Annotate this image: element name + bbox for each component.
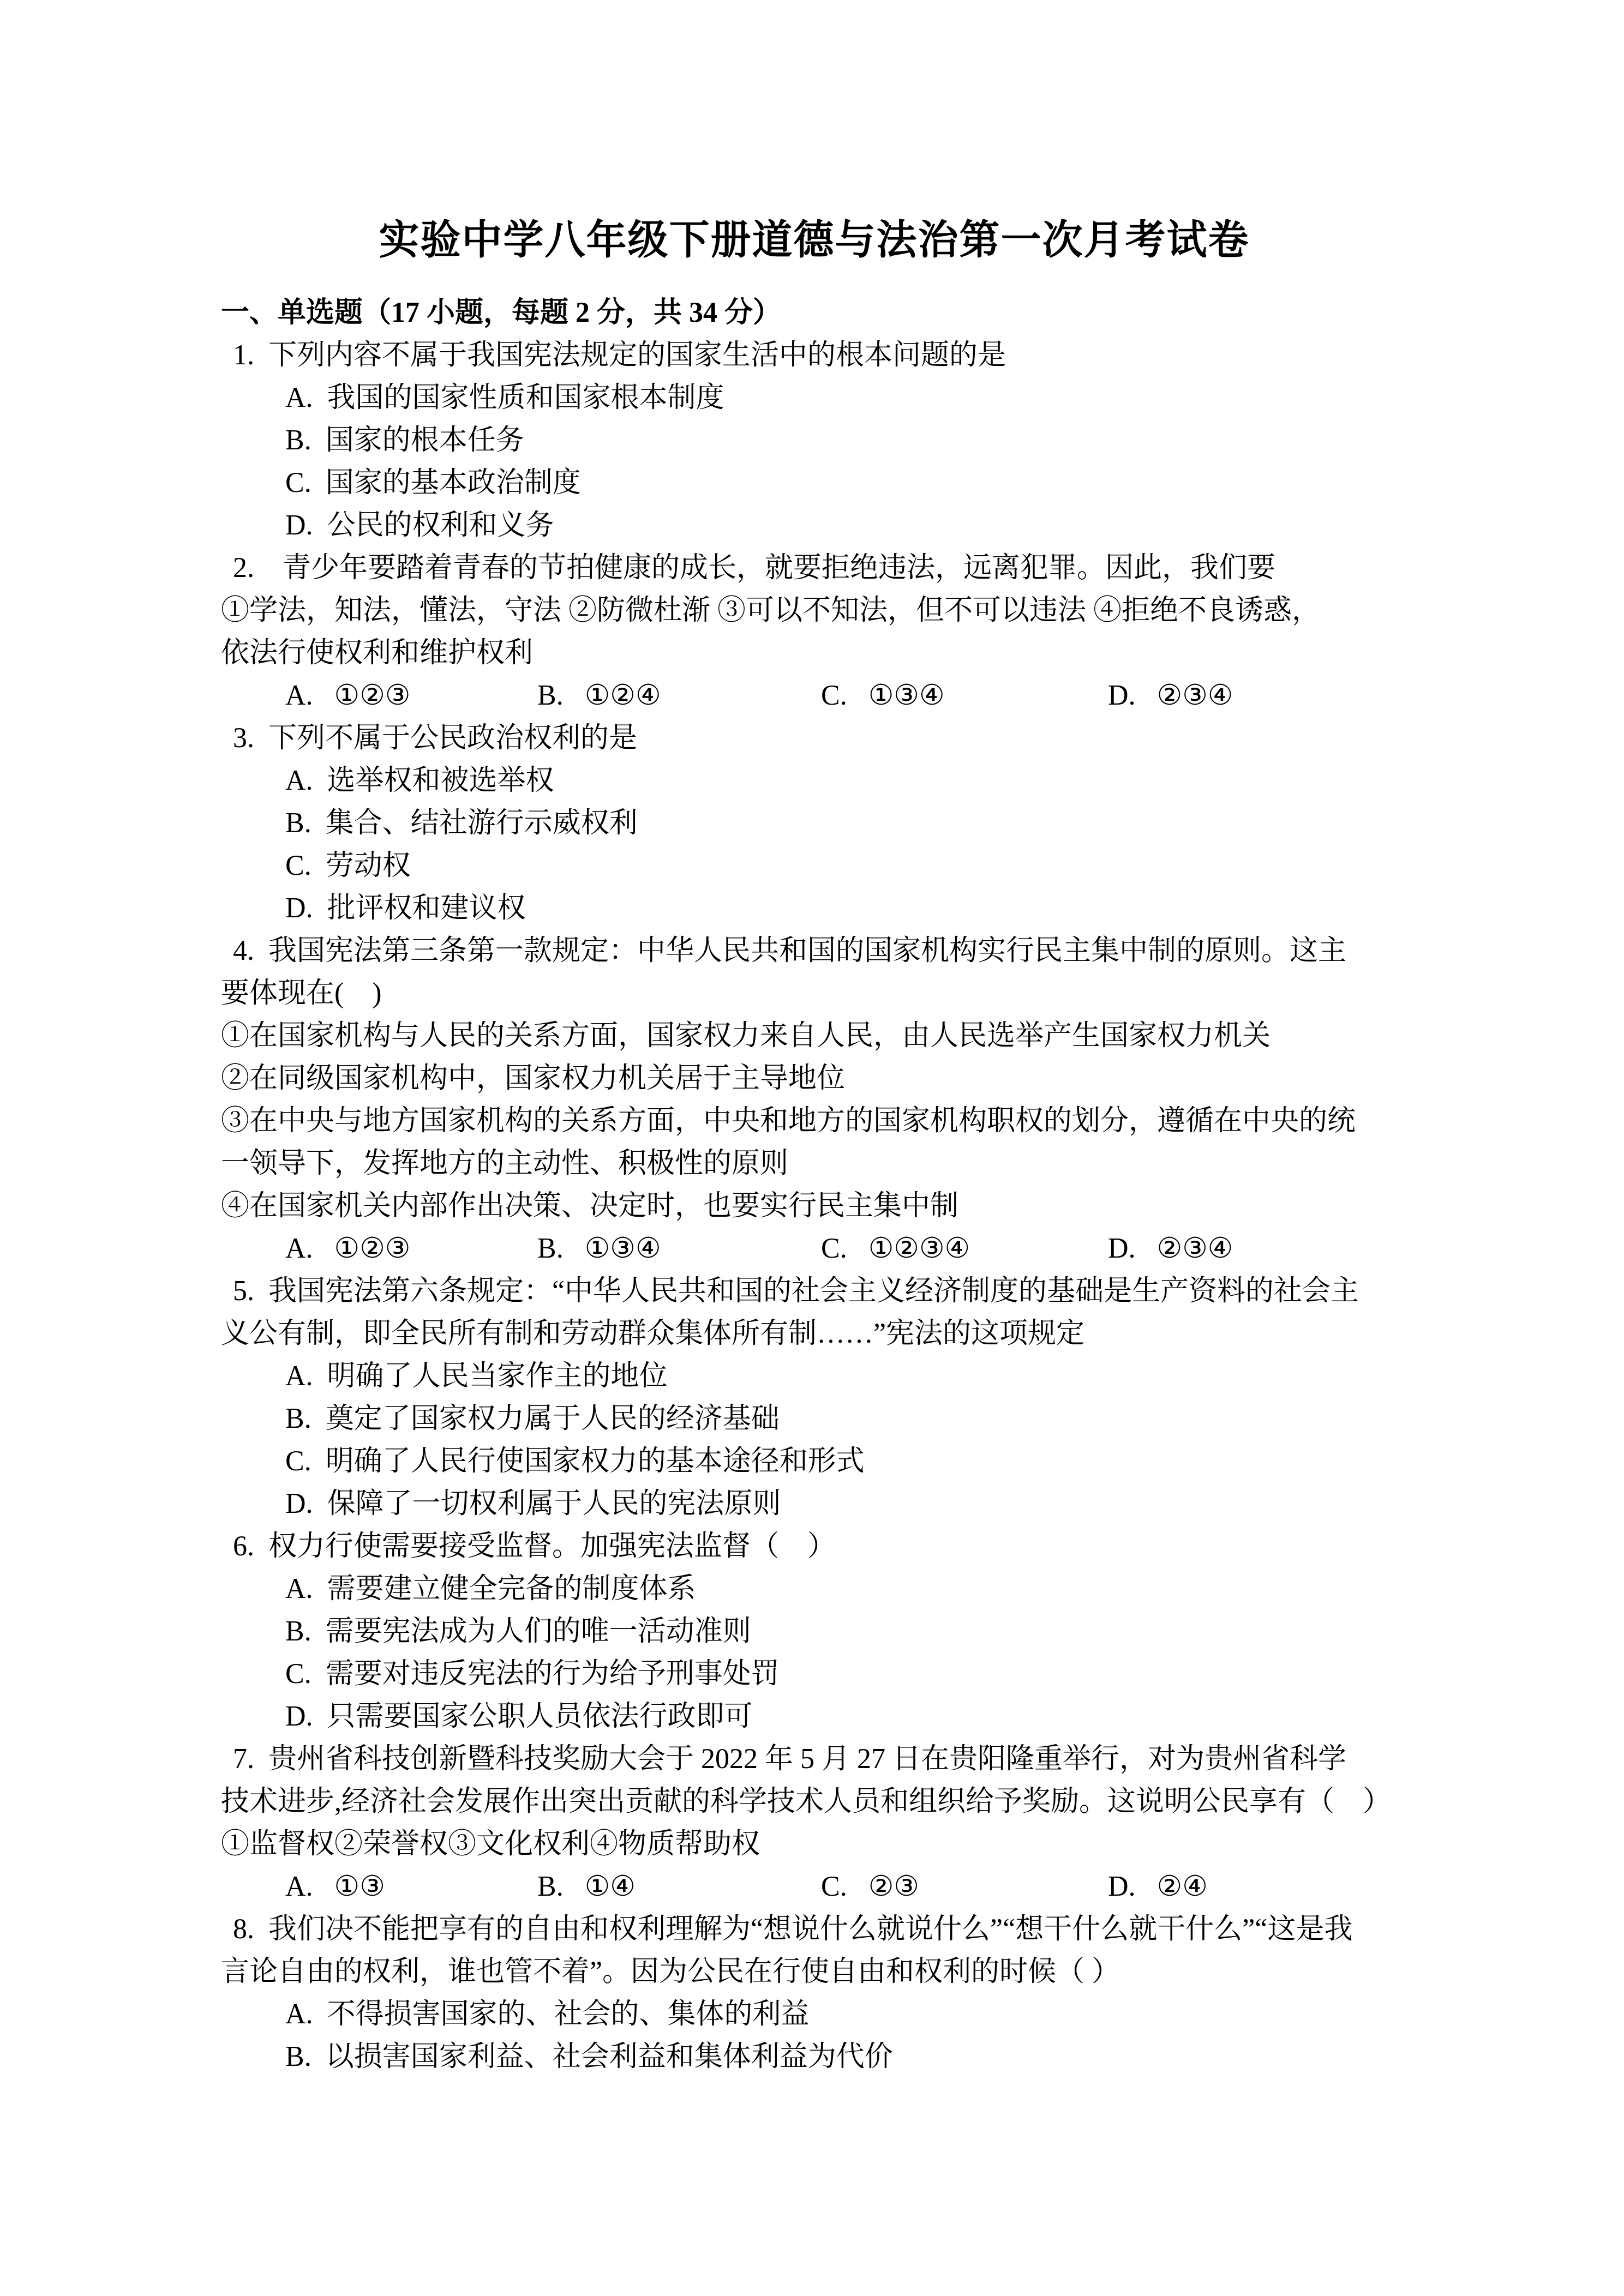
question-options: A. 不得损害国家的、社会的、集体的利益B. 以损害国家利益、社会利益和集体利益…: [221, 1993, 1407, 2078]
question-2: 2. 青少年要踏着青春的节拍健康的成长，就要拒绝违法，远离犯罪。因此，我们要①学…: [221, 547, 1407, 717]
question-stem: 1. 下列内容不属于我国宪法规定的国家生活中的根本问题的是: [221, 334, 1407, 377]
question-options: A. ①②③B. ①③④C. ①②③④D. ②③④: [221, 1228, 1407, 1270]
option-line: C. 需要对违反宪法的行为给予刑事处罚: [221, 1653, 1407, 1696]
option-choice: C. ②③: [821, 1866, 1108, 1908]
option-line: D. 批评权和建议权: [221, 887, 1407, 930]
question-options: A. 明确了人民当家作主的地位B. 奠定了国家权力属于人民的经济基础C. 明确了…: [221, 1355, 1407, 1525]
question-text-line: ②在同级国家机构中，国家权力机关居于主导地位: [221, 1057, 1407, 1100]
question-text-line: 言论自由的权利，谁也管不着”。因为公民在行使自由和权利的时候（ ）: [221, 1951, 1407, 1993]
option-row: A. ①②③B. ①②④C. ①③④D. ②③④: [221, 675, 1407, 717]
question-7: 7. 贵州省科技创新暨科技奖励大会于 2022 年 5 月 27 日在贵阳隆重举…: [221, 1738, 1407, 1908]
option-line: B. 国家的根本任务: [221, 419, 1407, 462]
option-line: A. 选举权和被选举权: [221, 760, 1407, 802]
question-text-line: 依法行使权利和维护权利: [221, 632, 1407, 675]
question-text-line: 1. 下列内容不属于我国宪法规定的国家生活中的根本问题的是: [221, 334, 1407, 377]
option-choice: B. ①④: [537, 1866, 821, 1908]
question-text-line: ①学法，知法，懂法，守法 ②防微杜渐 ③可以不知法，但不可以违法 ④拒绝不良诱惑…: [221, 590, 1407, 632]
question-text-line: 6. 权力行使需要接受监督。加强宪法监督（ ）: [221, 1525, 1407, 1568]
question-stem: 7. 贵州省科技创新暨科技奖励大会于 2022 年 5 月 27 日在贵阳隆重举…: [221, 1738, 1407, 1866]
question-4: 4. 我国宪法第三条第一款规定：中华人民共和国的国家机构实行民主集中制的原则。这…: [221, 930, 1407, 1270]
question-stem: 3. 下列不属于公民政治权利的是: [221, 717, 1407, 760]
question-text-line: 8. 我们决不能把享有的自由和权利理解为“想说什么就说什么”“想干什么就干什么”…: [221, 1908, 1407, 1951]
option-choice: C. ①③④: [821, 675, 1108, 717]
question-text-line: 3. 下列不属于公民政治权利的是: [221, 717, 1407, 760]
exam-title: 实验中学八年级下册道德与法治第一次月考试卷: [221, 210, 1407, 271]
option-line: B. 以损害国家利益、社会利益和集体利益为代价: [221, 2036, 1407, 2078]
option-line: C. 劳动权: [221, 845, 1407, 887]
question-text-line: 要体现在( ): [221, 972, 1407, 1015]
option-line: D. 只需要国家公职人员依法行政即可: [221, 1696, 1407, 1738]
option-row: A. ①②③B. ①③④C. ①②③④D. ②③④: [221, 1228, 1407, 1270]
option-line: B. 奠定了国家权力属于人民的经济基础: [221, 1398, 1407, 1440]
question-text-line: 4. 我国宪法第三条第一款规定：中华人民共和国的国家机构实行民主集中制的原则。这…: [221, 930, 1407, 972]
option-line: D. 公民的权利和义务: [221, 504, 1407, 547]
option-choice: D. ②④: [1108, 1866, 1208, 1908]
option-line: A. 明确了人民当家作主的地位: [221, 1355, 1407, 1398]
question-options: A. 选举权和被选举权B. 集合、结社游行示威权利C. 劳动权D. 批评权和建议…: [221, 760, 1407, 930]
option-line: B. 集合、结社游行示威权利: [221, 802, 1407, 845]
question-stem: 4. 我国宪法第三条第一款规定：中华人民共和国的国家机构实行民主集中制的原则。这…: [221, 930, 1407, 1228]
question-text-line: ③在中央与地方国家机构的关系方面，中央和地方的国家机构职权的划分，遵循在中央的统: [221, 1100, 1407, 1143]
question-stem: 5. 我国宪法第六条规定：“中华人民共和国的社会主义经济制度的基础是生产资料的社…: [221, 1270, 1407, 1355]
question-stem: 6. 权力行使需要接受监督。加强宪法监督（ ）: [221, 1525, 1407, 1568]
question-options: A. 需要建立健全完备的制度体系B. 需要宪法成为人们的唯一活动准则C. 需要对…: [221, 1568, 1407, 1738]
option-choice: D. ②③④: [1108, 675, 1233, 717]
option-choice: D. ②③④: [1108, 1228, 1233, 1270]
question-text-line: 5. 我国宪法第六条规定：“中华人民共和国的社会主义经济制度的基础是生产资料的社…: [221, 1270, 1407, 1313]
option-choice: A. ①③: [285, 1866, 537, 1908]
option-line: A. 不得损害国家的、社会的、集体的利益: [221, 1993, 1407, 2036]
question-8: 8. 我们决不能把享有的自由和权利理解为“想说什么就说什么”“想干什么就干什么”…: [221, 1908, 1407, 2078]
option-line: C. 国家的基本政治制度: [221, 462, 1407, 504]
option-line: D. 保障了一切权利属于人民的宪法原则: [221, 1483, 1407, 1525]
question-options: A. ①②③B. ①②④C. ①③④D. ②③④: [221, 675, 1407, 717]
option-line: C. 明确了人民行使国家权力的基本途径和形式: [221, 1440, 1407, 1483]
section-header: 一、单选题（17 小题，每题 2 分，共 34 分）: [221, 292, 1407, 334]
question-text-line: ①在国家机构与人民的关系方面，国家权力来自人民，由人民选举产生国家权力机关: [221, 1015, 1407, 1057]
question-list: 1. 下列内容不属于我国宪法规定的国家生活中的根本问题的是 A. 我国的国家性质…: [221, 334, 1407, 2078]
option-choice: B. ①③④: [537, 1228, 821, 1270]
option-choice: A. ①②③: [285, 1228, 537, 1270]
question-options: A. 我国的国家性质和国家根本制度B. 国家的根本任务C. 国家的基本政治制度D…: [221, 377, 1407, 547]
option-choice: B. ①②④: [537, 675, 821, 717]
exam-paper-page: 实验中学八年级下册道德与法治第一次月考试卷 一、单选题（17 小题，每题 2 分…: [0, 0, 1624, 2296]
question-text-line: ①监督权②荣誉权③文化权利④物质帮助权: [221, 1823, 1407, 1866]
question-stem: 2. 青少年要踏着青春的节拍健康的成长，就要拒绝违法，远离犯罪。因此，我们要①学…: [221, 547, 1407, 675]
option-line: A. 我国的国家性质和国家根本制度: [221, 377, 1407, 419]
question-text-line: ④在国家机关内部作出决策、决定时，也要实行民主集中制: [221, 1185, 1407, 1228]
question-5: 5. 我国宪法第六条规定：“中华人民共和国的社会主义经济制度的基础是生产资料的社…: [221, 1270, 1407, 1525]
question-6: 6. 权力行使需要接受监督。加强宪法监督（ ） A. 需要建立健全完备的制度体系…: [221, 1525, 1407, 1738]
question-1: 1. 下列内容不属于我国宪法规定的国家生活中的根本问题的是 A. 我国的国家性质…: [221, 334, 1407, 547]
question-text-line: 一领导下，发挥地方的主动性、积极性的原则: [221, 1143, 1407, 1185]
option-row: A. ①③B. ①④C. ②③D. ②④: [221, 1866, 1407, 1908]
question-text-line: 技术进步,经济社会发展作出突出贡献的科学技术人员和组织给予奖励。这说明公民享有（…: [221, 1781, 1407, 1823]
question-text-line: 2. 青少年要踏着青春的节拍健康的成长，就要拒绝违法，远离犯罪。因此，我们要: [221, 547, 1407, 590]
question-3: 3. 下列不属于公民政治权利的是 A. 选举权和被选举权B. 集合、结社游行示威…: [221, 717, 1407, 930]
option-choice: C. ①②③④: [821, 1228, 1108, 1270]
question-text-line: 7. 贵州省科技创新暨科技奖励大会于 2022 年 5 月 27 日在贵阳隆重举…: [221, 1738, 1407, 1781]
option-line: A. 需要建立健全完备的制度体系: [221, 1568, 1407, 1610]
option-line: B. 需要宪法成为人们的唯一活动准则: [221, 1610, 1407, 1653]
question-text-line: 义公有制，即全民所有制和劳动群众集体所有制……”宪法的这项规定: [221, 1313, 1407, 1355]
option-choice: A. ①②③: [285, 675, 537, 717]
question-stem: 8. 我们决不能把享有的自由和权利理解为“想说什么就说什么”“想干什么就干什么”…: [221, 1908, 1407, 1993]
question-options: A. ①③B. ①④C. ②③D. ②④: [221, 1866, 1407, 1908]
